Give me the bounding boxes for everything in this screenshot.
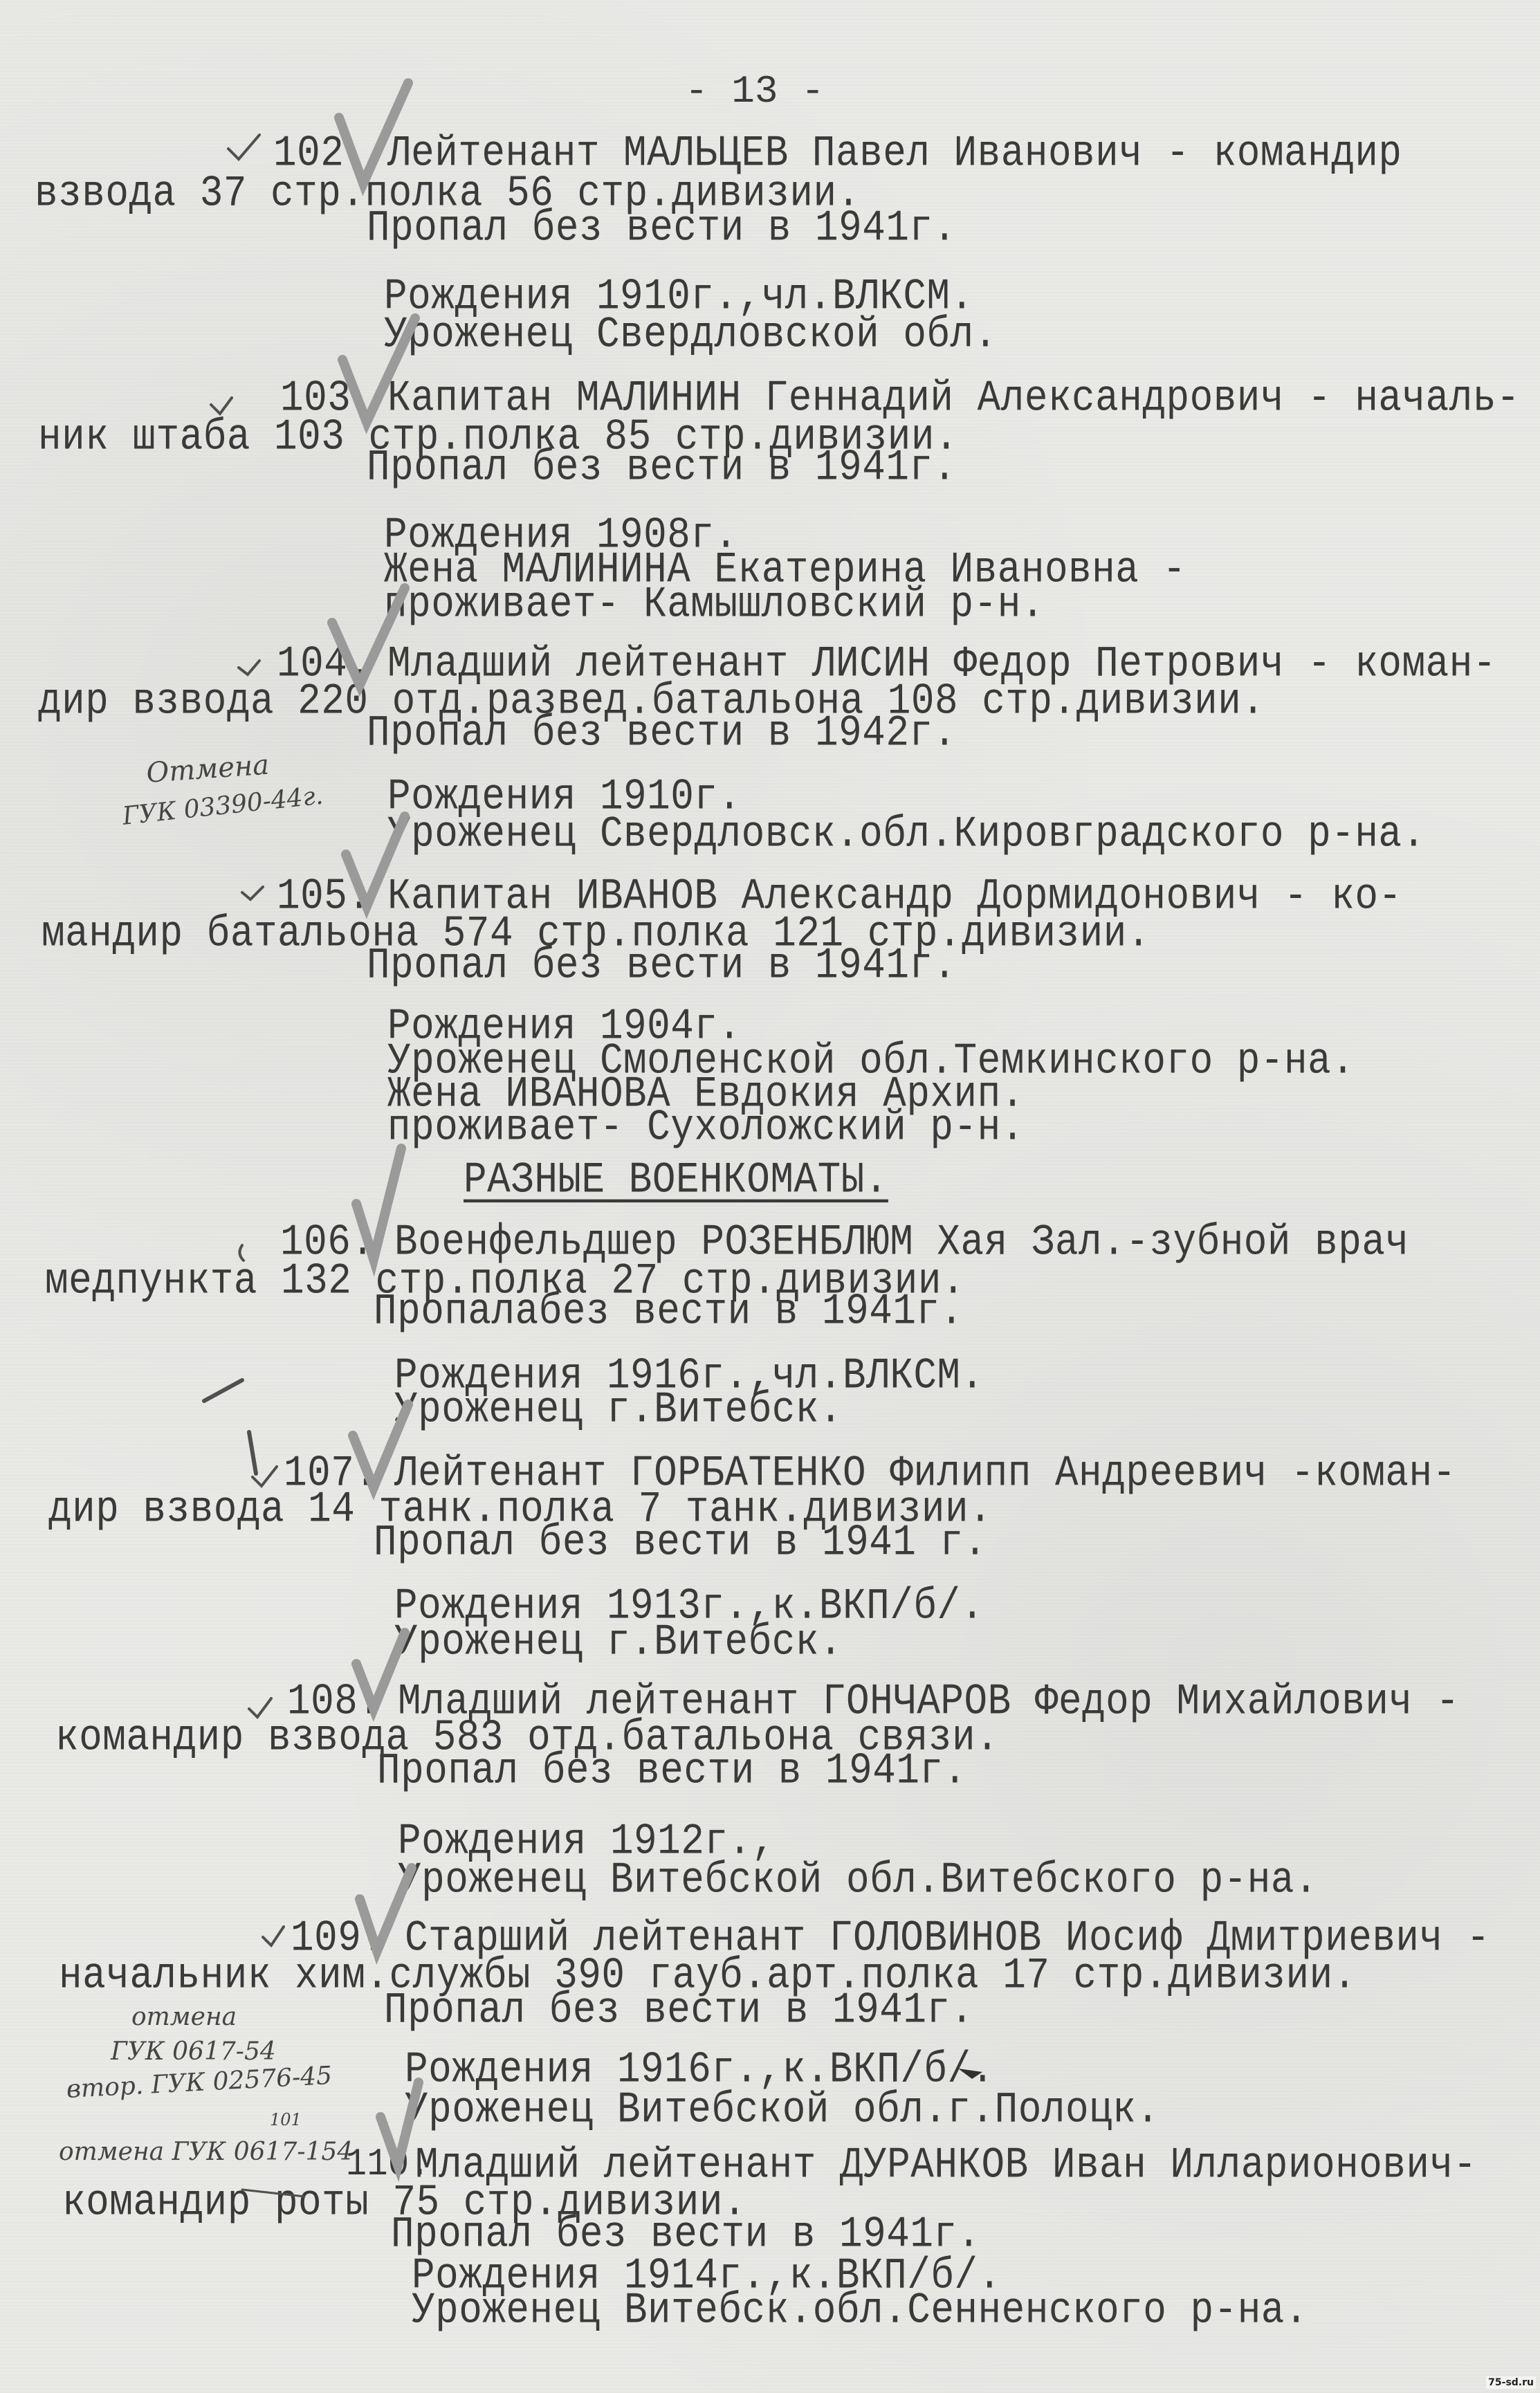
entry-104-missing: Пропал без вести в 1942г. [367,710,957,756]
entry-107-detail-2: Уроженец г.Витебск. [394,1619,843,1665]
entry-109-detail-2: Уроженец Витебской обл.г.Полоцк. [405,2087,1159,2133]
entry-105-detail-4: проживает- Сухоложский р-н. [387,1104,1025,1150]
entry-106-detail-2: Уроженец г.Витебск. [394,1386,843,1433]
section-heading-various-commissariats: РАЗНЫЕ ВОЕНКОМАТЫ. [464,1157,888,1203]
watermark: 75-sd.ru [1486,2376,1536,2389]
margin-note-109-1: отмена [131,2003,237,2031]
document-page: - 13 - 102. Лейтенант МАЛЬЦЕВ Павел Иван… [0,0,1540,2393]
margin-note-109-4: 101 [270,2110,302,2129]
margin-note-104-1: Отмена [145,749,271,789]
entry-104-detail-2: Уроженец Свердловск.обл.Кировградского р… [387,811,1426,857]
entry-105-missing: Пропал без вести в 1941г. [367,942,957,989]
entry-109-missing: Пропал без вести в 1941г. [384,1987,974,2033]
entry-103-missing: Пропал без вести в 1941г. [367,444,957,490]
entry-110-detail-2: Уроженец Витебск.обл.Сенненского р-на. [412,2287,1308,2334]
margin-note-109-2: ГУК 0617-54 [111,2037,276,2066]
entry-102-missing: Пропал без вести в 1941г. [367,205,957,251]
entry-106-missing: Пропалабез вести в 1941г. [374,1288,964,1335]
entry-108-detail-2: Уроженец Витебской обл.Витебского р-на. [398,1857,1318,1903]
margin-note-109-3: втор. ГУК 02576-45 [66,2062,333,2104]
entry-107-missing: Пропал без вести в 1941 г. [374,1519,987,1566]
entry-108-missing: Пропал без вести в 1941г. [377,1748,967,1794]
entry-103-detail-3: проживает- Камышловский р-н. [384,581,1045,627]
page-number: - 13 - [685,69,825,113]
margin-note-109-5: отмена ГУК 0617-154 [59,2138,353,2166]
entry-102-detail-2: Уроженец Свердловской обл. [384,311,998,358]
